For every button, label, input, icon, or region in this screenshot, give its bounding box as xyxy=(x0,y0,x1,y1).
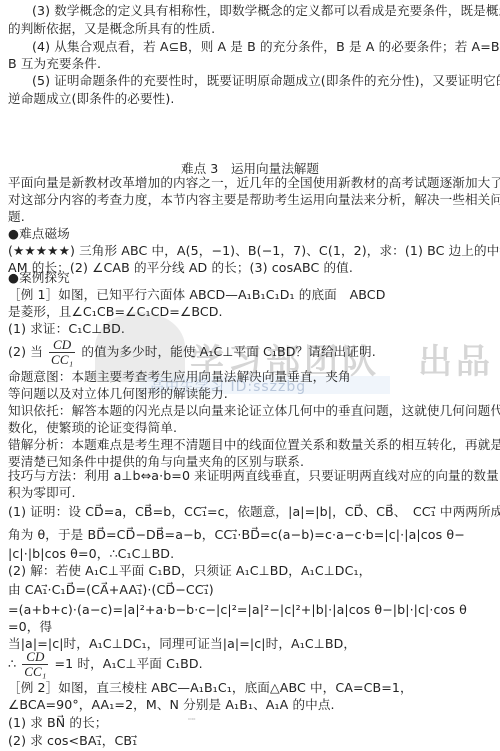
error-line1: 错解分析：本题难点是考生理不清题目中的线面位置关系和数量关系的相互转化，再就是 xyxy=(8,437,500,453)
q2-fraction: CD CC₁ xyxy=(49,338,75,367)
example2-line1: ［例 2］如图，直三棱柱 ABC—A₁B₁C₁，底面△ABC 中，CA=CB=1… xyxy=(8,680,413,696)
intro-p5-line1: (5) 证明命题条件的充要性时，既要证明原命题成立(即条件的充分性)，又要证明它… xyxy=(32,73,500,89)
knowledge-line1: 知识依托：解答本题的闪光点是以向量来论证立体几何中的垂直问题，这就使几何问题代 xyxy=(8,403,500,419)
q2-fraction-numerator: CD xyxy=(49,338,75,353)
conclusion-therefore: ∴ xyxy=(8,656,16,671)
section-intro-line2: 对这部分内容的考查力度，本节内容主要是帮助考生运用向量法来分析，解决一些相关问 xyxy=(8,192,500,208)
intro-p4-line2: B 互为充要条件. xyxy=(8,56,101,72)
q2-fraction-denominator: CC₁ xyxy=(49,353,75,367)
solution2-line2: 由 CA₁⃗·C₁D⃗=(CA⃗+AA₁⃗)·(CD⃗−CC₁⃗) xyxy=(8,582,214,598)
intro-p3-line2: 的判断依据，又是概念所具有的性质. xyxy=(8,21,215,37)
intent-line1: 命题意图：本题主要考查考生应用向量法解决向量垂直，夹角 xyxy=(8,369,351,385)
conclusion-fraction: CD CC₁ xyxy=(22,650,48,679)
example2-question2: (2) 求 cos<BA₁⃗，CB₁⃗ xyxy=(8,733,137,749)
knowledge-line2: 数化，使繁琐的论证变得简单. xyxy=(8,420,177,436)
conclusion-fraction-denominator: CC₁ xyxy=(22,665,48,679)
conclusion-fraction-numerator: CD xyxy=(22,650,48,665)
solution2-line4: =0，得 xyxy=(8,619,52,635)
example2-line2: ∠BCA=90°，AA₁=2，M、N 分别是 A₁B₁、A₁A 的中点. xyxy=(8,697,335,713)
intro-p3-line1: (3) 数学概念的定义具有相称性，即数学概念的定义都可以看成是充要条件，既是概念 xyxy=(32,3,500,19)
solution2-line3: =(a+b+c)·(a−c)=|a|²+a·b−b·c−|c|²=|a|²−|c… xyxy=(8,602,467,618)
example1-line2: 是菱形，且∠C₁CB=∠C₁CD=∠BCD. xyxy=(8,304,223,320)
conclusion-line: ∴ CD CC₁ =1 时，A₁C⊥平面 C₁BD. xyxy=(8,650,203,679)
intro-p5-line2: 逆命题成立(即条件的必要性). xyxy=(8,91,174,107)
q2-suffix: 的值为多少时，能使 A₁C⊥平面 C₁BD？请给出证明. xyxy=(81,344,376,359)
conclusion-suffix: =1 时，A₁C⊥平面 C₁BD. xyxy=(55,656,203,671)
skill-line2: 积为零即可. xyxy=(8,485,76,501)
q2-prefix: (2) 当 xyxy=(8,344,43,359)
example1-question2: (2) 当 CD CC₁ 的值为多少时，能使 A₁C⊥平面 C₁BD？请给出证明… xyxy=(8,338,376,367)
proof1-line3: |c|·|b|cos θ=0，∴C₁C⊥BD. xyxy=(8,546,174,562)
section-intro-line3: 题. xyxy=(8,209,25,225)
skill-line1: 技巧与方法：利用 a⊥b⇔a·b=0 来证明两直线垂直，只要证明两直线对应的向量… xyxy=(8,468,499,484)
proof1-line1: (1) 证明：设 CD⃗=a，CB⃗=b，CC₁⃗=c，依题意，|a|=|b|，… xyxy=(8,504,500,520)
intro-p4-line1: (4) 从集合观点看，若 A⊆B，则 A 是 B 的充分条件，B 是 A 的必要… xyxy=(32,39,500,55)
example1-line1: ［例 1］如图，已知平行六面体 ABCD—A₁B₁C₁D₁ 的底面 ABCD xyxy=(8,287,386,303)
solution2-line1: (2) 解：若使 A₁C⊥平面 C₁BD，只须证 A₁C⊥BD，A₁C⊥DC₁， xyxy=(8,563,371,579)
case-heading: ●案例探究 xyxy=(8,270,70,286)
small-stamp-icon: ▭▭ xyxy=(188,716,196,721)
problem-line1: (★★★★★) 三角形 ABC 中，A(5，−1)、B(−1，7)、C(1，2)… xyxy=(8,243,500,259)
example2-question1: (1) 求 BN⃗ 的长； xyxy=(8,715,107,731)
document-page: 学习部团队 出品 高中生学习 ID:sszzbg (3) 数学概念的定义具有相称… xyxy=(0,0,500,751)
example1-question1: (1) 求证：C₁C⊥BD. xyxy=(8,321,125,337)
proof1-line2: 角为 θ，于是 BD⃗=CD⃗−DB⃗=a−b，CC₁⃗·BD⃗=c(a−b)=… xyxy=(8,527,465,543)
section-intro-line1: 平面向量是新教材改革增加的内容之一，近几年的全国使用新教材的高考试题逐渐加大了 xyxy=(8,175,500,191)
field-heading: ●难点磁场 xyxy=(8,226,70,242)
intent-line2: 等问题以及对立体几何图形的解读能力. xyxy=(8,386,228,402)
